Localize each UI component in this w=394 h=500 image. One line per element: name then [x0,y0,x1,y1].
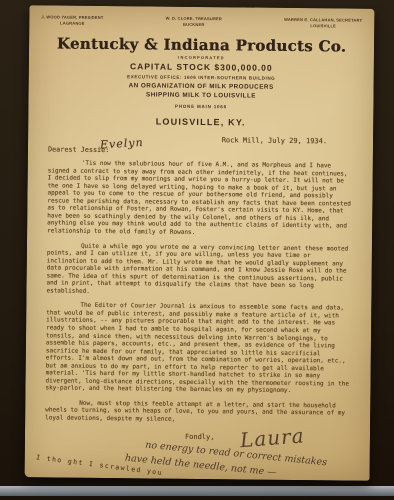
officer-treasurer: W. D. CLORE, TREASURER BUCKNER [165,16,222,29]
letter-body: 'Tis now the salubrious hour of five A.M… [25,153,373,425]
company-name: Kentucky & Indiana Products Co. [29,34,374,56]
paragraph-3: The Editor of Courier Journal is anxious… [45,302,351,396]
closing-word: Fondly, [185,432,215,440]
organization-lines: AN ORGANIZATION OF MILK PRODUCERS SHIPPI… [29,80,374,102]
officer-city: BUCKNER [165,22,221,29]
capital-stock: CAPITAL STOCK $300,000.00 [29,60,374,74]
photo-of-letter: J. WOOD YAGER, PRESIDENT LAGRANGE W. D. … [0,0,394,500]
officer-city: LOUISVILLE [284,23,362,30]
officer-secretary: WARREN E. CALLAHAN, SECRETARY LOUISVILLE [284,17,362,31]
officer-city: LAGRANGE [41,21,103,28]
handwritten-signature: Laura [239,423,305,452]
paragraph-4: Now, must stop this feeble attempt at a … [45,399,350,425]
handwritten-name-annotation: Evelyn [100,136,144,152]
paragraph-1: 'Tis now the salubrious hour of five A.M… [47,159,353,238]
letterhead-city: LOUISVILLE, KY. [28,115,373,129]
letter-paper: J. WOOD YAGER, PRESIDENT LAGRANGE W. D. … [25,5,375,481]
paragraph-2: Quite a while ago you wrote me a very co… [46,242,352,298]
table-edge [0,486,394,496]
dateline: Rock Mill, July 29, 1934. [28,134,327,145]
letterhead-officers: J. WOOD YAGER, PRESIDENT LAGRANGE W. D. … [29,5,374,30]
officer-president: J. WOOD YAGER, PRESIDENT LAGRANGE [41,14,103,27]
phone-number: PHONE MAIN 1066 [28,102,373,111]
